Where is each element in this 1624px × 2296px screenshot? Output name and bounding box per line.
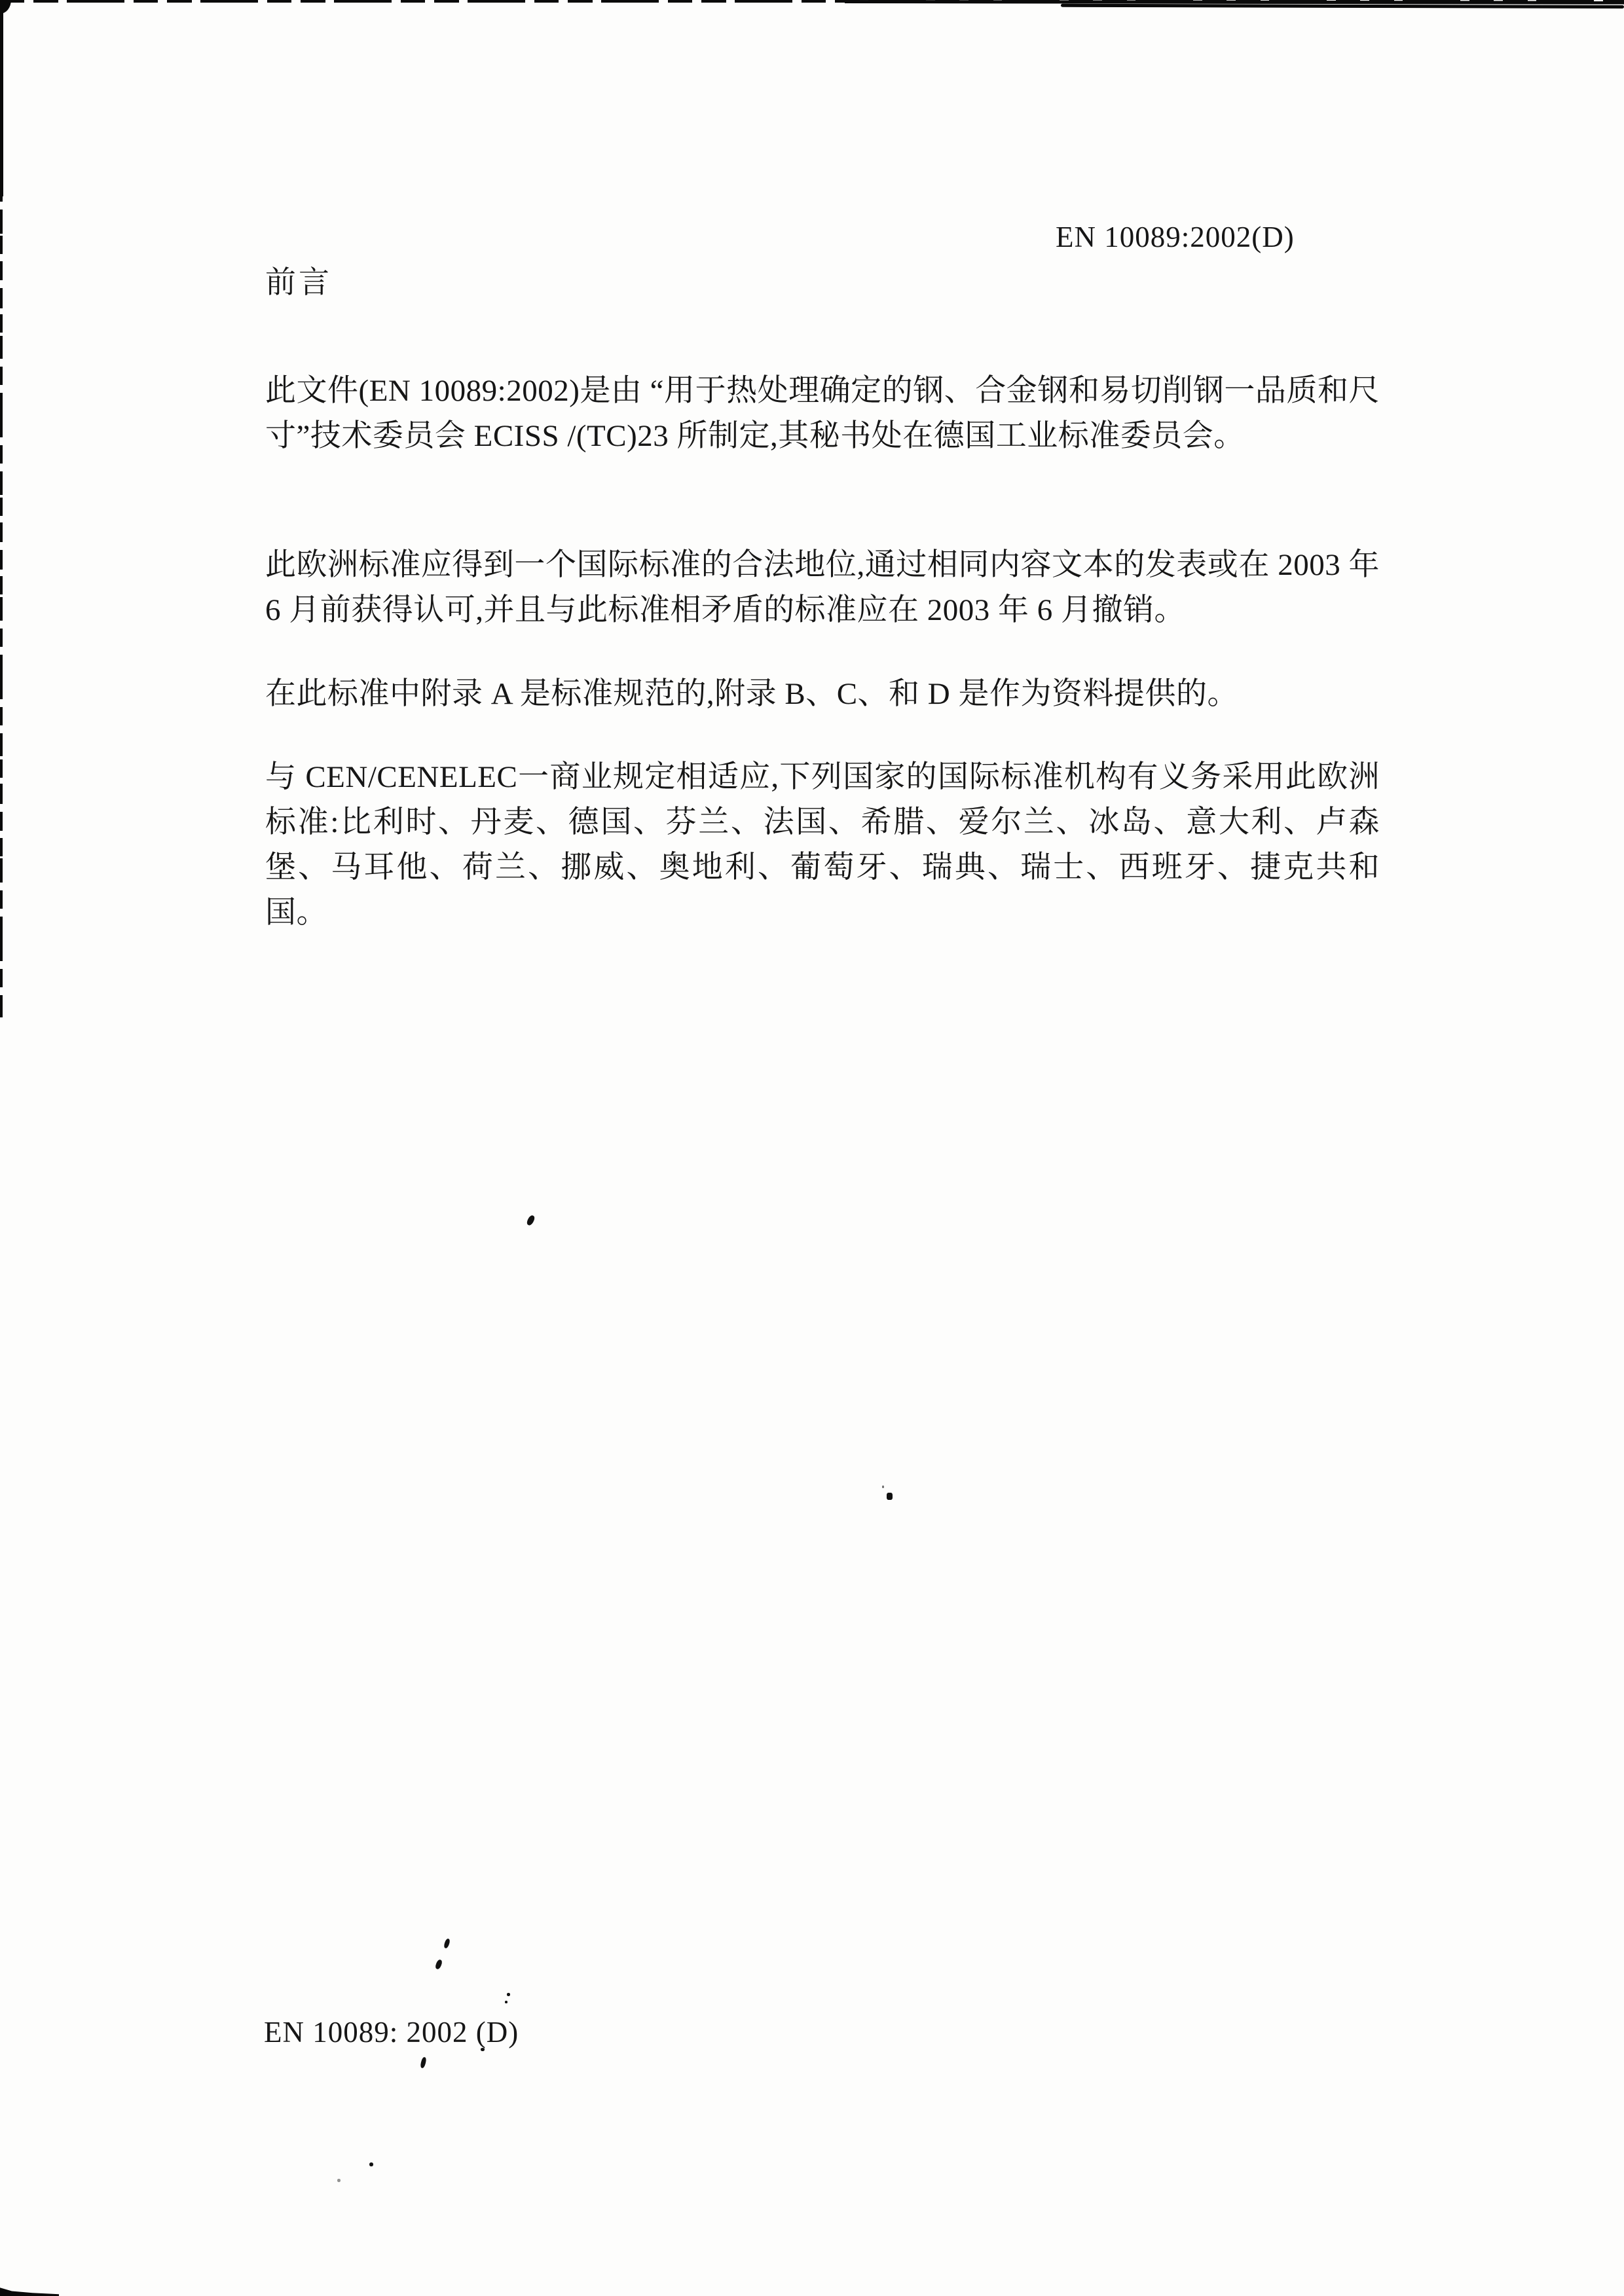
- scanned-document-page: EN 10089:2002(D) 前言 此文件(EN 10089:2002)是由…: [0, 0, 1624, 2296]
- section-title-foreword: 前言: [265, 258, 332, 302]
- paragraph-member-countries: 与 CEN/CENELEC一商业规定相适应,下列国家的国际标准机构有义务采用此欧…: [265, 755, 1380, 936]
- scan-edge-top-artifact: [1061, 4, 1624, 9]
- ink-speck: [337, 2179, 341, 2182]
- ink-speck: [420, 2056, 427, 2068]
- page-footer-standard-number: EN 10089: 2002 (D): [264, 2015, 519, 2049]
- ink-speck: [505, 2001, 507, 2003]
- ink-speck: [369, 2162, 373, 2166]
- paragraph-annexes-status: 在此标准中附录 A 是标准规范的,附录 B、C、和 D 是作为资料提供的。: [265, 672, 1380, 717]
- page-header-standard-number: EN 10089:2002(D): [1056, 220, 1295, 254]
- ink-speck: [507, 1993, 510, 1996]
- paragraph-international-status: 此欧洲标准应得到一个国际标准的合法地位,通过相同内容文本的发表或在 2003 年…: [265, 543, 1380, 633]
- ink-speck: [882, 1485, 884, 1488]
- paragraph-origin-of-document: 此文件(EN 10089:2002)是由 “用于热处理确定的钢、合金钢和易切削钢…: [265, 369, 1380, 459]
- scan-edge-left-artifact: [0, 0, 3, 196]
- ink-speck: [526, 1214, 536, 1226]
- scan-corner-artifact: [0, 0, 11, 14]
- ink-speck: [481, 2048, 485, 2051]
- ink-speck: [887, 1493, 893, 1500]
- ink-speck: [443, 1938, 451, 1948]
- ink-speck: [434, 1959, 443, 1970]
- scan-corner-artifact: [0, 2286, 59, 2296]
